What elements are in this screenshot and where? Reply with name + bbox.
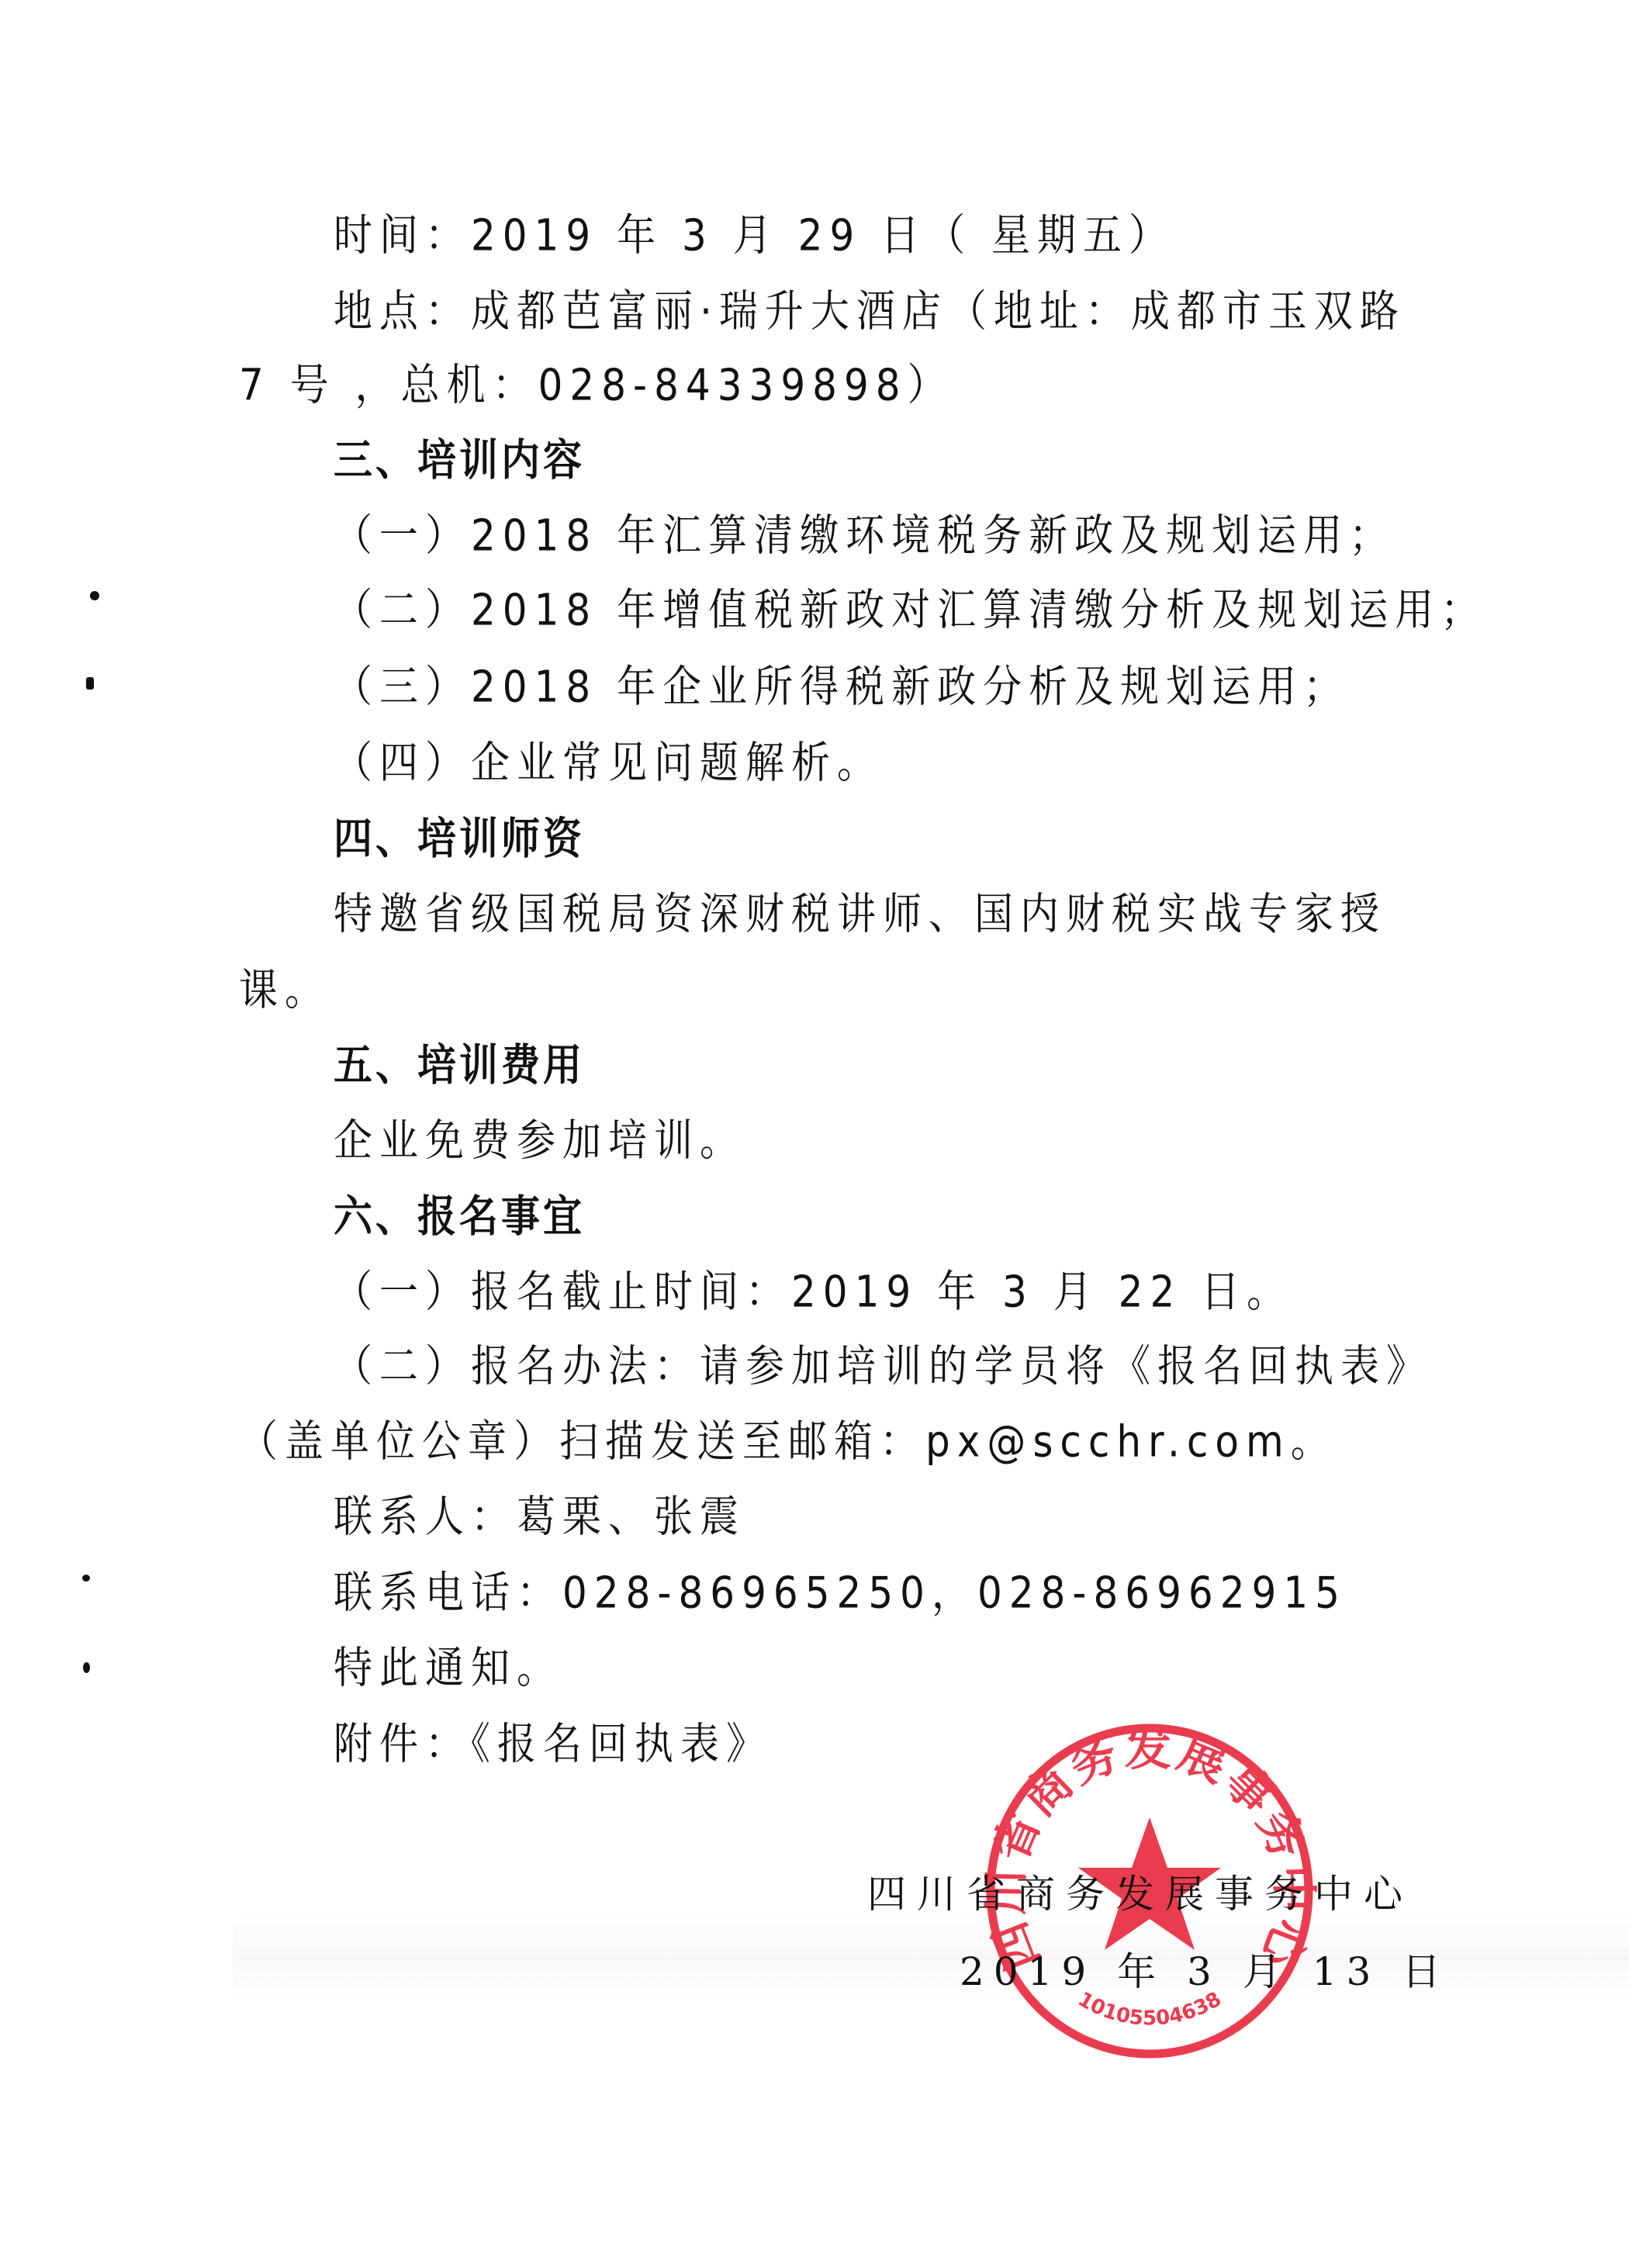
section-heading-instructors: 四、培训师资 <box>334 813 585 865</box>
section-heading-training-content: 三、培训内容 <box>334 434 585 486</box>
binding-mark <box>83 1662 90 1673</box>
signature-date: 2019 年 3 月 13 日 <box>960 1948 1450 1995</box>
binding-mark <box>90 591 99 600</box>
attachment-label: 附件：《报名回执表》 <box>334 1718 772 1770</box>
instructors-text-cont: 课。 <box>239 964 330 1016</box>
list-item: （四）企业常见问题解析。 <box>334 737 883 789</box>
section-heading-registration: 六、报名事宜 <box>334 1191 585 1243</box>
closing-text: 特此通知。 <box>334 1642 562 1694</box>
registration-method: （二）报名办法：请参加培训的学员将《报名回执表》 <box>334 1340 1432 1392</box>
document-page: 时间：2019 年 3 月 29 日（ 星期五） 地点：成都芭富丽·瑞升大酒店（… <box>0 0 1629 2268</box>
binding-mark <box>82 1575 90 1582</box>
signature-organization: 四川省商务发展事务中心 <box>867 1871 1413 1917</box>
list-item: （一）2018 年汇算清缴环境税务新政及规划运用； <box>334 510 1395 562</box>
list-item: （三）2018 年企业所得税新政分析及规划运用； <box>334 661 1349 713</box>
registration-deadline: （一）报名截止时间：2019 年 3 月 22 日。 <box>334 1266 1292 1318</box>
contact-person: 联系人：葛栗、张震 <box>334 1491 745 1543</box>
registration-method-cont: （盖单位公章）扫描发送至邮箱：px@scchr.com。 <box>239 1416 1337 1468</box>
list-item: （二）2018 年增值税新政对汇算清缴分析及规划运用； <box>334 584 1486 636</box>
event-location-cont: 7 号 ，总机：028-84339898） <box>239 359 953 411</box>
fees-text: 企业免费参加培训。 <box>334 1115 745 1167</box>
contact-phone: 联系电话：028-86965250，028-86962915 <box>334 1567 1347 1619</box>
binding-mark <box>86 677 94 690</box>
instructors-text: 特邀省级国税局资深财税讲师、国内财税实战专家授 <box>334 888 1386 940</box>
section-heading-fees: 五、培训费用 <box>334 1039 585 1091</box>
event-time: 时间：2019 年 3 月 29 日（ 星期五） <box>334 209 1174 261</box>
event-location: 地点：成都芭富丽·瑞升大酒店（地址：成都市玉双路 <box>334 285 1406 337</box>
